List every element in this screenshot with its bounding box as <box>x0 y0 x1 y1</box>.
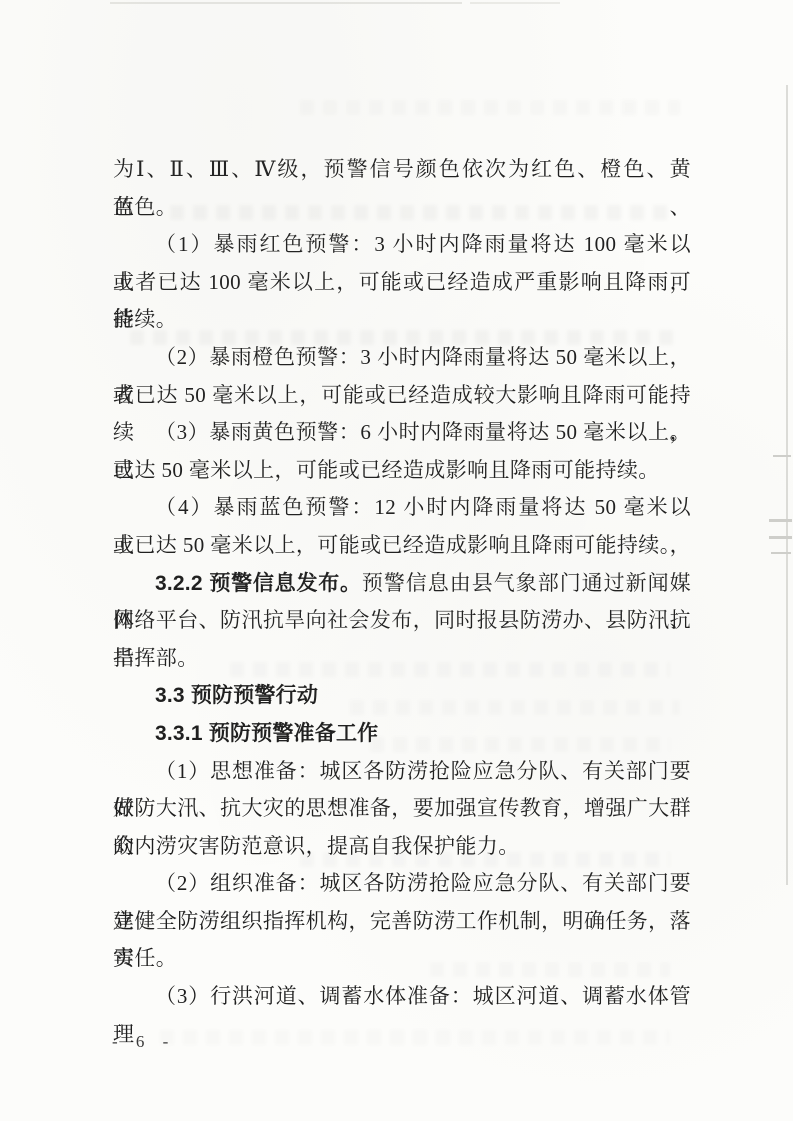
text-line: 网络平台、防汛抗旱向社会发布，同时报县防涝办、县防汛抗旱 <box>113 602 691 640</box>
body-text: （3）行洪河道、调蓄水体准备：城区河道、调蓄水体管理 <box>113 984 691 1046</box>
text-line: 3.2.2 预警信息发布。预警信息由县气象部门通过新闻媒体、 <box>113 565 691 603</box>
text-line: （1）暴雨红色预警：3 小时内降雨量将达 100 毫米以上， <box>113 226 691 264</box>
body-text: 为Ⅰ、Ⅱ、Ⅲ、Ⅳ级，预警信号颜色依次为红色、橙色、黄色、 <box>113 157 691 219</box>
heading-text: 3.3.1 预防预警准备工作 <box>155 722 378 745</box>
text-line: 好防大汛、抗大灾的思想准备，要加强宣传教育，增强广大群众 <box>113 790 691 828</box>
text-line: 已达 50 毫米以上，可能或已经造成影响且降雨可能持续。 <box>113 452 691 490</box>
text-line: 3.3.1 预防预警准备工作 <box>113 715 691 753</box>
page-number: - 6 - <box>112 1032 175 1052</box>
body-text: 蓝色。 <box>113 195 177 219</box>
body-text: 指挥部。 <box>113 646 199 670</box>
text-line: （2）暴雨橙色预警：3 小时内降雨量将达 50 毫米以上，或 <box>113 339 691 377</box>
scan-edge-line <box>786 85 788 885</box>
body-text: 或已达 50 毫米以上，可能或已经造成影响且降雨可能持续。 <box>113 533 681 557</box>
text-line: 者已达 50 毫米以上，可能或已经造成较大影响且降雨可能持续。 <box>113 377 691 415</box>
scan-edge-line <box>470 2 560 4</box>
heading-text: 3.2.2 预警信息发布。 <box>155 572 362 595</box>
document-lines: 为Ⅰ、Ⅱ、Ⅲ、Ⅳ级，预警信号颜色依次为红色、橙色、黄色、蓝色。（1）暴雨红色预警… <box>113 151 691 1016</box>
text-line: 或已达 50 毫米以上，可能或已经造成影响且降雨可能持续。 <box>113 527 691 565</box>
text-line: 立健全防涝组织指挥机构，完善防涝工作机制，明确任务，落实 <box>113 903 691 941</box>
scan-edge-mark <box>769 519 792 522</box>
text-line: 为Ⅰ、Ⅱ、Ⅲ、Ⅳ级，预警信号颜色依次为红色、橙色、黄色、 <box>113 151 691 189</box>
text-line: 3.3 预防预警行动 <box>113 677 691 715</box>
scan-edge-mark <box>773 455 791 457</box>
text-line: （1）思想准备：城区各防涝抢险应急分队、有关部门要做 <box>113 753 691 791</box>
body-text: 的内涝灾害防范意识，提高自我保护能力。 <box>113 834 520 858</box>
scan-edge-mark <box>769 536 792 539</box>
body-text: 已达 50 毫米以上，可能或已经造成影响且降雨可能持续。 <box>113 458 660 482</box>
bleed-through-smudge <box>160 1030 670 1045</box>
scan-edge-mark <box>771 552 791 554</box>
scan-edge-line <box>110 2 462 4</box>
body-text: 责任。 <box>113 946 177 970</box>
text-line: 或者已达 100 毫米以上，可能或已经造成严重影响且降雨可能 <box>113 264 691 302</box>
bleed-through-smudge <box>300 100 680 115</box>
text-line: （3）暴雨黄色预警：6 小时内降雨量将达 50 毫米以上，或 <box>113 414 691 452</box>
text-line: 责任。 <box>113 940 691 978</box>
text-line: （2）组织准备：城区各防涝抢险应急分队、有关部门要建 <box>113 865 691 903</box>
scanned-document-page: 为Ⅰ、Ⅱ、Ⅲ、Ⅳ级，预警信号颜色依次为红色、橙色、黄色、蓝色。（1）暴雨红色预警… <box>0 0 793 1121</box>
text-line: 持续。 <box>113 301 691 339</box>
text-line: 指挥部。 <box>113 640 691 678</box>
text-line: （4）暴雨蓝色预警：12 小时内降雨量将达 50 毫米以上， <box>113 489 691 527</box>
heading-text: 3.3 预防预警行动 <box>155 684 318 707</box>
text-line: 的内涝灾害防范意识，提高自我保护能力。 <box>113 828 691 866</box>
body-text: 持续。 <box>113 307 177 331</box>
text-line: （3）行洪河道、调蓄水体准备：城区河道、调蓄水体管理 <box>113 978 691 1016</box>
